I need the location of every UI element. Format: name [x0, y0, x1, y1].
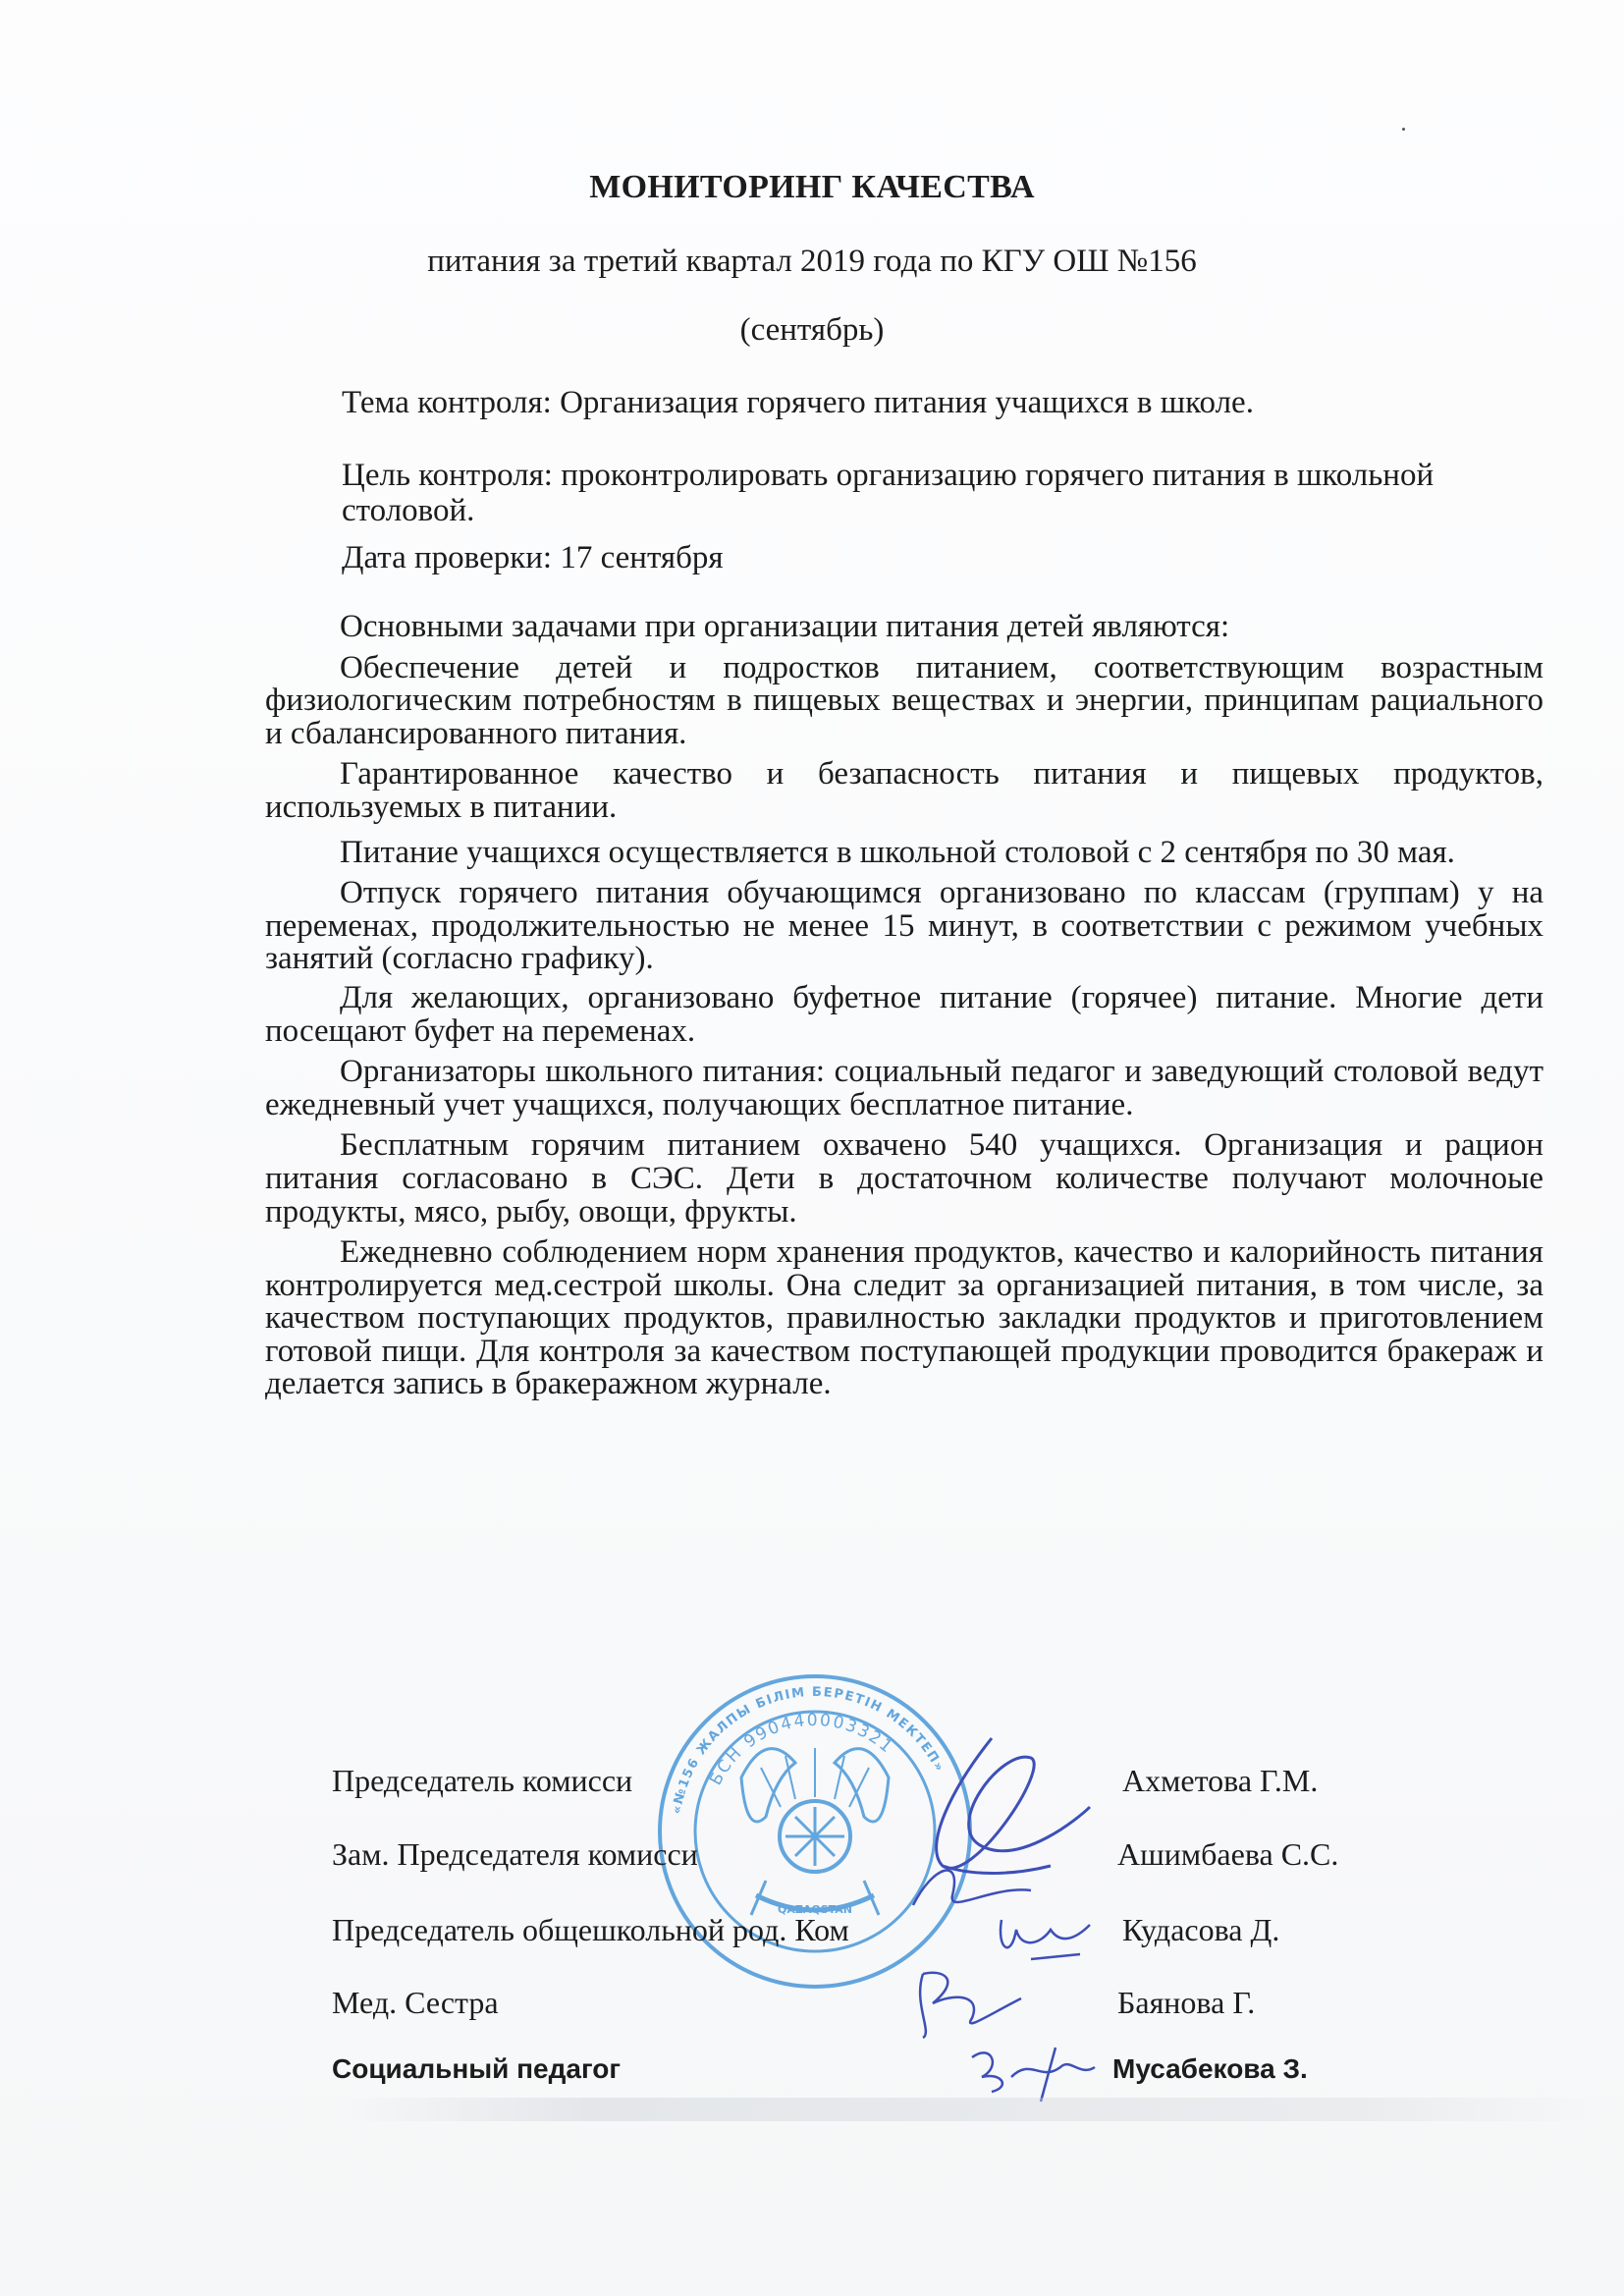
body-paragraph: Бесплатным горячим питанием охвачено 540… [265, 1129, 1543, 1229]
signature-row: Председатель общешкольной род. Ком Кудас… [332, 1912, 1412, 1951]
body-paragraph: Организаторы школьного питания: социальн… [265, 1056, 1543, 1121]
control-topic: Тема контроля: Организация горячего пита… [342, 385, 1569, 420]
signature-row: Зам. Председателя комисси Ашимбаева С.С. [332, 1836, 1412, 1876]
body-paragraph: Отпуск горячего питания обучающимся орга… [265, 877, 1543, 976]
body-paragraph: Для желающих, организовано буфетное пита… [265, 982, 1543, 1048]
scan-artifact [334, 2098, 1610, 2121]
inspection-date: Дата проверки: 17 сентября [342, 540, 1569, 575]
document-month: (сентябрь) [0, 312, 1624, 349]
signatory-role: Председатель общешкольной род. Ком [332, 1912, 849, 1948]
signatory-role: Социальный педагог [332, 2053, 621, 2085]
scan-speck [1402, 128, 1405, 131]
control-goal: Цель контроля: проконтролировать организ… [342, 458, 1481, 528]
document-title: МОНИТОРИНГ КАЧЕСТВА [0, 169, 1624, 206]
document-page: МОНИТОРИНГ КАЧЕСТВА питания за третий кв… [0, 0, 1624, 2296]
body-paragraph: Ежедневно соблюдением норм хранения прод… [265, 1236, 1543, 1401]
signature-row: Председатель комисси Ахметова Г.М. [332, 1763, 1412, 1802]
document-body: Основными задачами при организации питан… [265, 611, 1543, 1401]
signatory-role: Зам. Председателя комисси [332, 1836, 698, 1873]
signatory-role: Мед. Сестра [332, 1985, 499, 2021]
signatory-name: Баянова Г. [1117, 1985, 1255, 2021]
signatory-role: Председатель комисси [332, 1763, 632, 1799]
signature-row: Мед. Сестра Баянова Г. [332, 1985, 1412, 2024]
body-paragraph: Питание учащихся осуществляется в школьн… [265, 837, 1543, 870]
signatory-name: Кудасова Д. [1122, 1912, 1279, 1948]
signature-row: Социальный педагог Мусабекова З. [332, 2050, 1412, 2089]
document-subtitle: питания за третий квартал 2019 года по К… [0, 244, 1624, 280]
signatory-name: Ашимбаева С.С. [1117, 1836, 1338, 1873]
body-paragraph: Обеспечение детей и подростков питанием,… [265, 652, 1543, 751]
body-paragraph: Основными задачами при организации питан… [265, 611, 1543, 644]
body-paragraph: Гарантированное качество и безапасность … [265, 758, 1543, 824]
signatory-name: Ахметова Г.М. [1122, 1763, 1318, 1799]
signatory-name: Мусабекова З. [1112, 2053, 1308, 2085]
